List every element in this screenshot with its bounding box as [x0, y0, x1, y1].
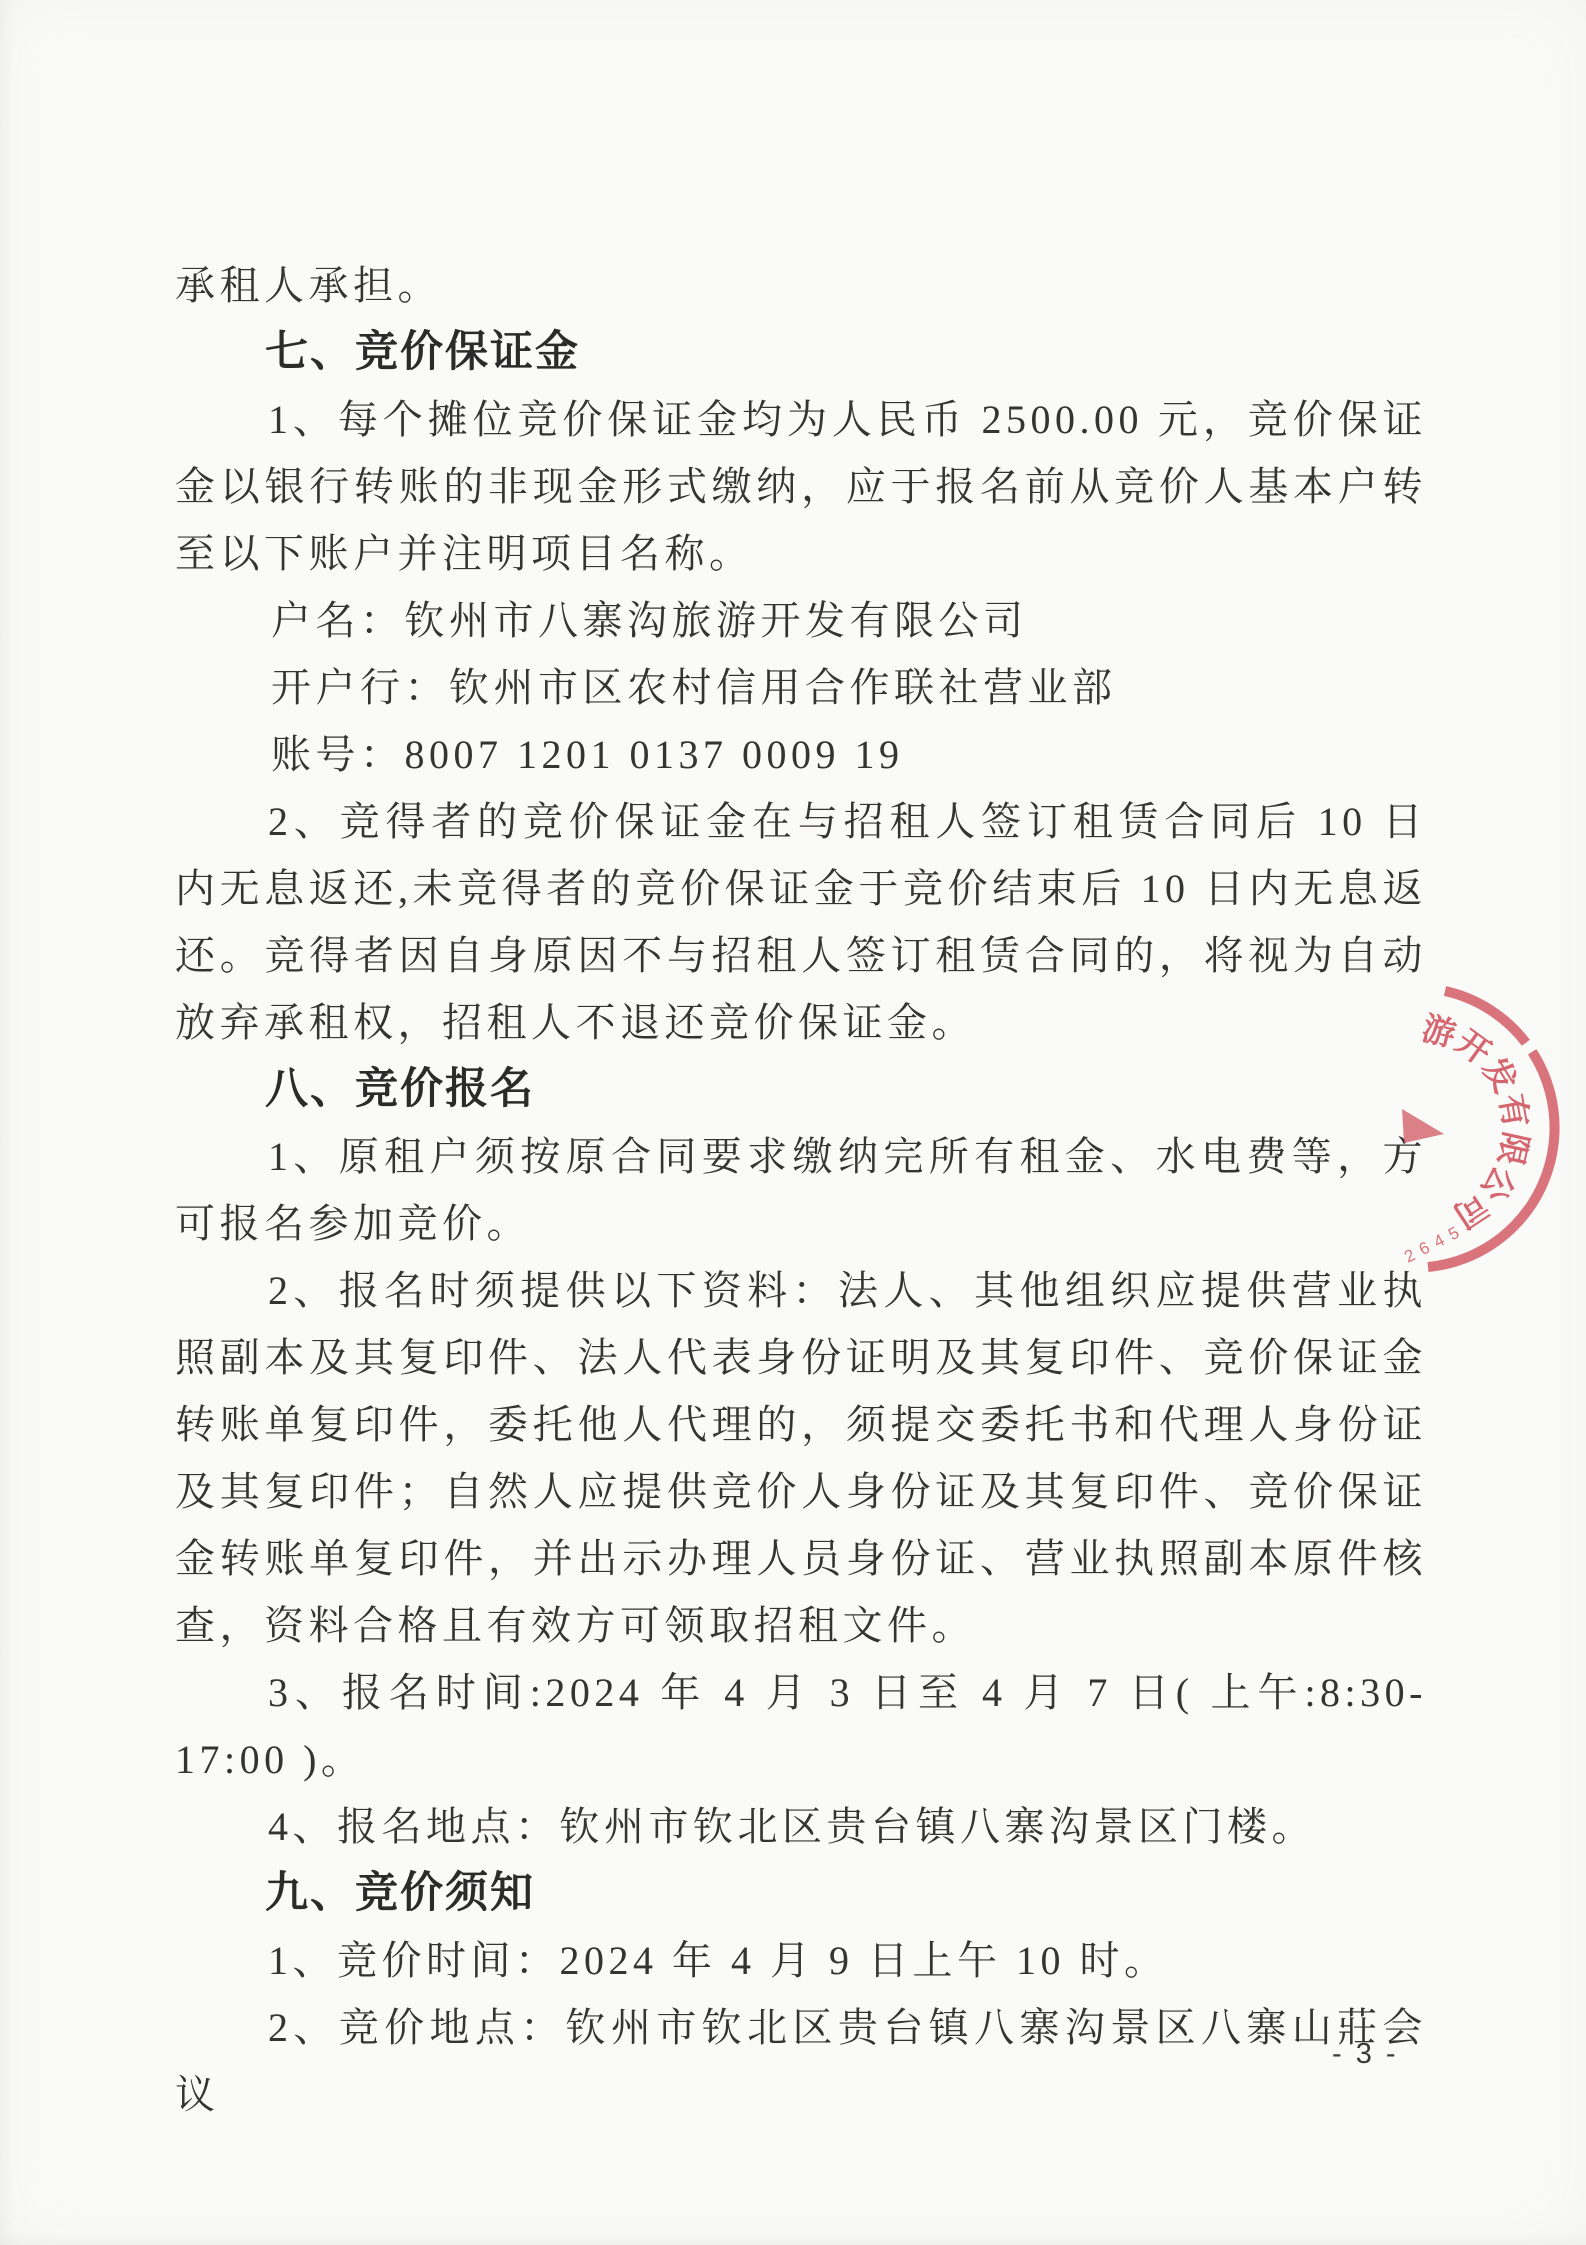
- body-line: 承租人承担。: [175, 252, 1427, 319]
- registration-place-line: 4、报名地点：钦州市钦北区贵台镇八寨沟景区门楼。: [175, 1793, 1427, 1860]
- document-page: 承租人承担。 七、竞价保证金 1、每个摊位竞价保证金均为人民币 2500.00 …: [0, 0, 1586, 2245]
- section-heading-9: 九、竞价须知: [175, 1860, 1427, 1927]
- bidding-time-line: 1、竞价时间：2024 年 4 月 9 日上午 10 时。: [175, 1927, 1427, 1994]
- account-number-line: 账号：8007 1201 0137 0009 19: [175, 721, 1427, 788]
- section-heading-7: 七、竞价保证金: [175, 319, 1427, 386]
- page-number: - 3 -: [1332, 2038, 1399, 2071]
- seal-arc-text: 游开发有限公司: [1418, 1010, 1534, 1235]
- registration-time-line: 3、报名时间:2024 年 4 月 3 日至 4 月 7 日( 上午:8:30-…: [175, 1659, 1427, 1793]
- paragraph: 2、报名时须提供以下资料：法人、其他组织应提供营业执照副本及其复印件、法人代表身…: [175, 1257, 1427, 1659]
- svg-text:游开发有限公司: 游开发有限公司: [1418, 1010, 1534, 1235]
- bank-branch-line: 开户行：钦州市区农村信用合作联社营业部: [175, 654, 1427, 721]
- paragraph: 2、竞得者的竞价保证金在与招租人签订租赁合同后 10 日内无息返还,未竞得者的竞…: [175, 788, 1427, 1056]
- document-body: 承租人承担。 七、竞价保证金 1、每个摊位竞价保证金均为人民币 2500.00 …: [175, 252, 1427, 2128]
- section-heading-8: 八、竞价报名: [175, 1056, 1427, 1123]
- paragraph: 1、原租户须按原合同要求缴纳完所有租金、水电费等，方可报名参加竞价。: [175, 1123, 1427, 1257]
- account-name-line: 户名：钦州市八寨沟旅游开发有限公司: [175, 587, 1427, 654]
- bidding-place-line: 2、竞价地点：钦州市钦北区贵台镇八寨沟景区八寨山莊会议: [175, 1994, 1427, 2128]
- seal-rim-arc: [1428, 991, 1555, 1267]
- paragraph: 1、每个摊位竞价保证金均为人民币 2500.00 元，竞价保证金以银行转账的非现…: [175, 386, 1427, 587]
